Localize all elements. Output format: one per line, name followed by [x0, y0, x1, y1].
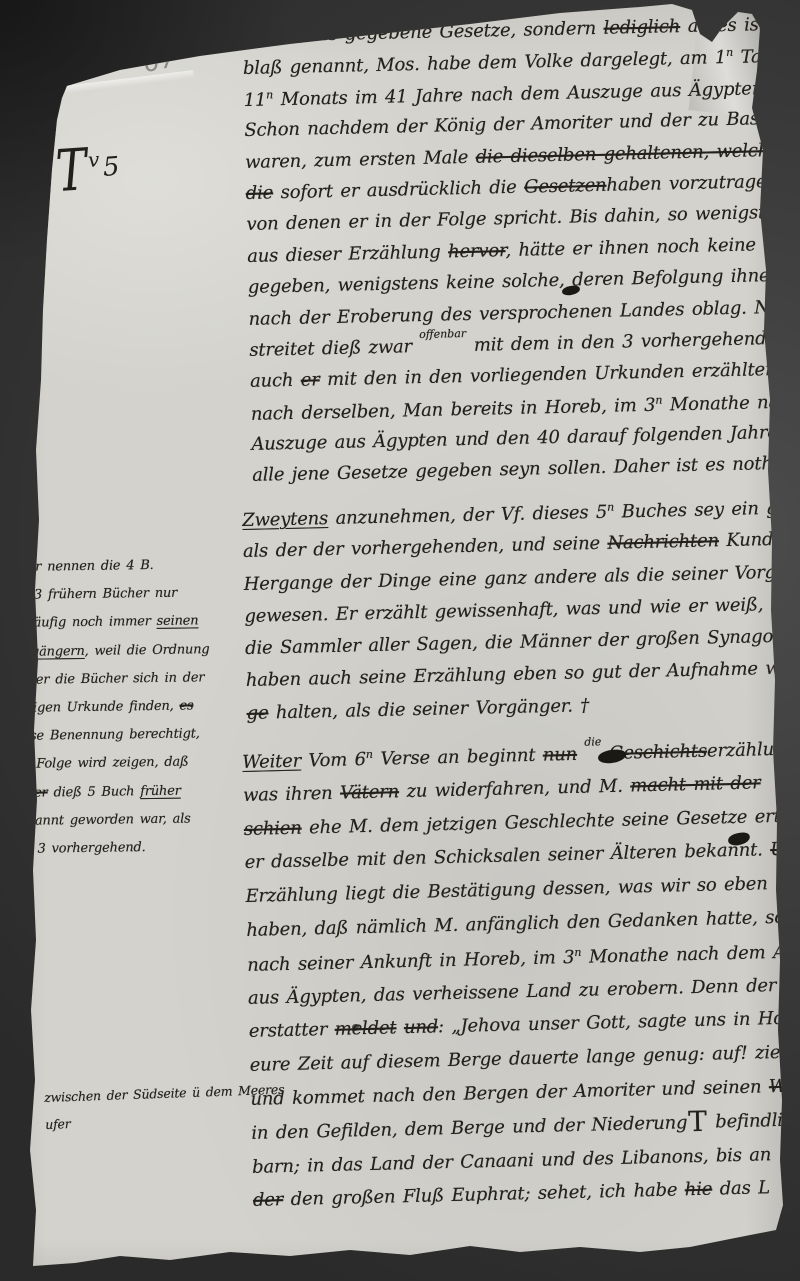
- text-line: † wir nennen die 4 B.: [8, 557, 243, 588]
- handwritten-text: die Folge wird zeigen, daß: [11, 755, 189, 772]
- handwritten-text: Monathe nach dem: [662, 390, 800, 415]
- struck-through-text: es: [179, 698, 193, 713]
- text-line: die 3 vorhergehend.: [12, 839, 247, 870]
- text-line: die 3 frühern Bücher nur: [8, 585, 243, 616]
- struck-through-text: W: [769, 1076, 788, 1097]
- handwritten-text: in: [787, 1075, 800, 1097]
- handwritten-text: erstatter: [249, 1019, 335, 1042]
- struck-through-text: hervor: [448, 240, 506, 262]
- main-text-block-2: Zweytens anzunehmen, der Vf. dieses 5n B…: [242, 497, 792, 735]
- struck-through-text: nun: [543, 744, 578, 766]
- handwritten-text: diese Benennung berechtigt,: [10, 726, 199, 744]
- handwritten-text: streitet dieß zwar: [249, 336, 420, 361]
- handwritten-text: Tage des: [733, 45, 800, 68]
- handwritten-text: bekannt geworden war, als: [12, 811, 191, 828]
- text-line: unser dieß 5 Buch früher: [11, 782, 246, 813]
- handwritten-text: jetzigen Urkunde finden,: [10, 699, 180, 716]
- handwritten-text: was ihren: [243, 782, 341, 805]
- handwritten-text: erzählung dessen,: [707, 737, 800, 762]
- text-line: diese Benennung berechtigt,: [10, 726, 245, 757]
- handwritten-text: zwischen der Südseite ü dem Meeres: [44, 1082, 285, 1105]
- struck-through-text: hie: [685, 1179, 713, 1201]
- struck-through-text: unser: [11, 785, 48, 801]
- underlined-text: seinen: [157, 614, 199, 630]
- handwritten-text: Verse an beginnt: [373, 745, 543, 770]
- handwritten-text: haben vorzutragen: [606, 171, 778, 196]
- handwritten-text: † wir nennen die 4 B.: [8, 558, 154, 575]
- underlined-text: früher: [140, 783, 181, 799]
- struck-through-text: und: [404, 1017, 439, 1039]
- shelf-mark-number: 5: [102, 152, 121, 183]
- underlined-text: Vorgängern: [9, 644, 84, 660]
- struck-through-text: er: [301, 370, 320, 391]
- handwritten-text: zu widerfahren, und M.: [399, 775, 631, 802]
- text-line: in der die Bücher sich in der: [10, 669, 245, 700]
- manuscript-scan: 67 Tv5 Reden, als gegebene Gesetze, sond…: [0, 0, 800, 1281]
- handwritten-text: vorläufig noch immer: [9, 614, 157, 631]
- struck-through-text: Vätern: [340, 781, 399, 803]
- paper-fold-highlight: [64, 70, 194, 94]
- underlined-text: Zweytens: [242, 508, 328, 531]
- paper-sheet: 67 Tv5 Reden, als gegebene Gesetze, sond…: [0, 0, 800, 1281]
- struck-through-text: Gesetzen: [524, 175, 607, 198]
- shelf-mark: Tv5: [54, 140, 121, 198]
- handwritten-text: Monathe nach dem Auszuge: [581, 940, 800, 968]
- handwritten-text: befindlichen Nach=: [707, 1107, 800, 1133]
- shelf-mark-superscript: v: [87, 147, 100, 172]
- struck-through-text: die: [246, 182, 274, 204]
- handwritten-text: dieß 5 Buch: [47, 784, 140, 800]
- struck-through-text: schien: [244, 817, 302, 839]
- handwritten-text: Reden, als gegebene Gesetze, sondern: [242, 18, 604, 47]
- handwritten-text: , weil die Ordnung: [84, 642, 209, 659]
- text-line: vorläufig noch immer seinen: [9, 613, 244, 644]
- struck-through-text: der: [253, 1189, 284, 1211]
- struck-through-text: lediglich: [603, 16, 680, 39]
- inserted-above-text: die: [584, 735, 601, 748]
- underlined-text: Weiter: [242, 751, 301, 773]
- handwritten-text: [788, 139, 796, 160]
- struck-through-text: Nachrichten: [607, 530, 719, 554]
- handwritten-text: sofort er ausdrücklich die: [273, 177, 524, 204]
- handwritten-text: anzunehmen, der Vf. dieses 5: [328, 502, 608, 529]
- handwritten-text: die 3 frühern Bücher nur: [8, 586, 177, 603]
- text-line: Vorgängern, weil die Ordnung: [9, 641, 244, 672]
- text-line: bekannt geworden war, als: [12, 810, 247, 841]
- handwritten-text: Kunde von dem: [719, 527, 800, 551]
- struck-through-text: ge: [246, 702, 268, 723]
- handwritten-text: auch: [250, 370, 301, 392]
- text-line: jetzigen Urkunde finden, es: [10, 698, 245, 729]
- handwritten-text: das L: [712, 1178, 770, 1200]
- struck-through-text: Und: [770, 839, 800, 861]
- handwritten-text: in der die Bücher sich in der: [10, 670, 205, 688]
- handwritten-text: aus dieser Erzählung: [247, 241, 448, 267]
- struck-through-text: macht mit der: [630, 772, 761, 796]
- main-text-block-1: Reden, als gegebene Gesetze, sondern led…: [242, 14, 798, 497]
- struck-through-text: meldet: [334, 1018, 396, 1041]
- inserted-above-text: offenbar: [419, 327, 466, 341]
- handwritten-text: Buches sey ein ganz anderer: [614, 495, 800, 522]
- handwritten-text: die 3 vorhergehend.: [12, 840, 146, 857]
- shelf-mark-letter: T: [54, 135, 89, 204]
- handwritten-text: ab es ist damit: [680, 13, 800, 37]
- handwritten-text: ufer: [45, 1116, 71, 1132]
- margin-note-lower: zwischen der Südseite ü dem Meeresufer: [44, 1082, 261, 1143]
- handwritten-text: Vom 6: [301, 749, 366, 772]
- handwritten-text: waren, zum ersten Male: [245, 146, 476, 172]
- handwritten-text: 11: [243, 89, 266, 111]
- main-text-block-3: Weiter Vom 6n Verse an beginnt nun die G…: [242, 738, 798, 1224]
- underlined-text: angefangen: [795, 137, 800, 160]
- margin-note-upper: † wir nennen die 4 B.die 3 frühern Büche…: [8, 557, 247, 870]
- text-line: die Folge wird zeigen, daß: [11, 754, 246, 785]
